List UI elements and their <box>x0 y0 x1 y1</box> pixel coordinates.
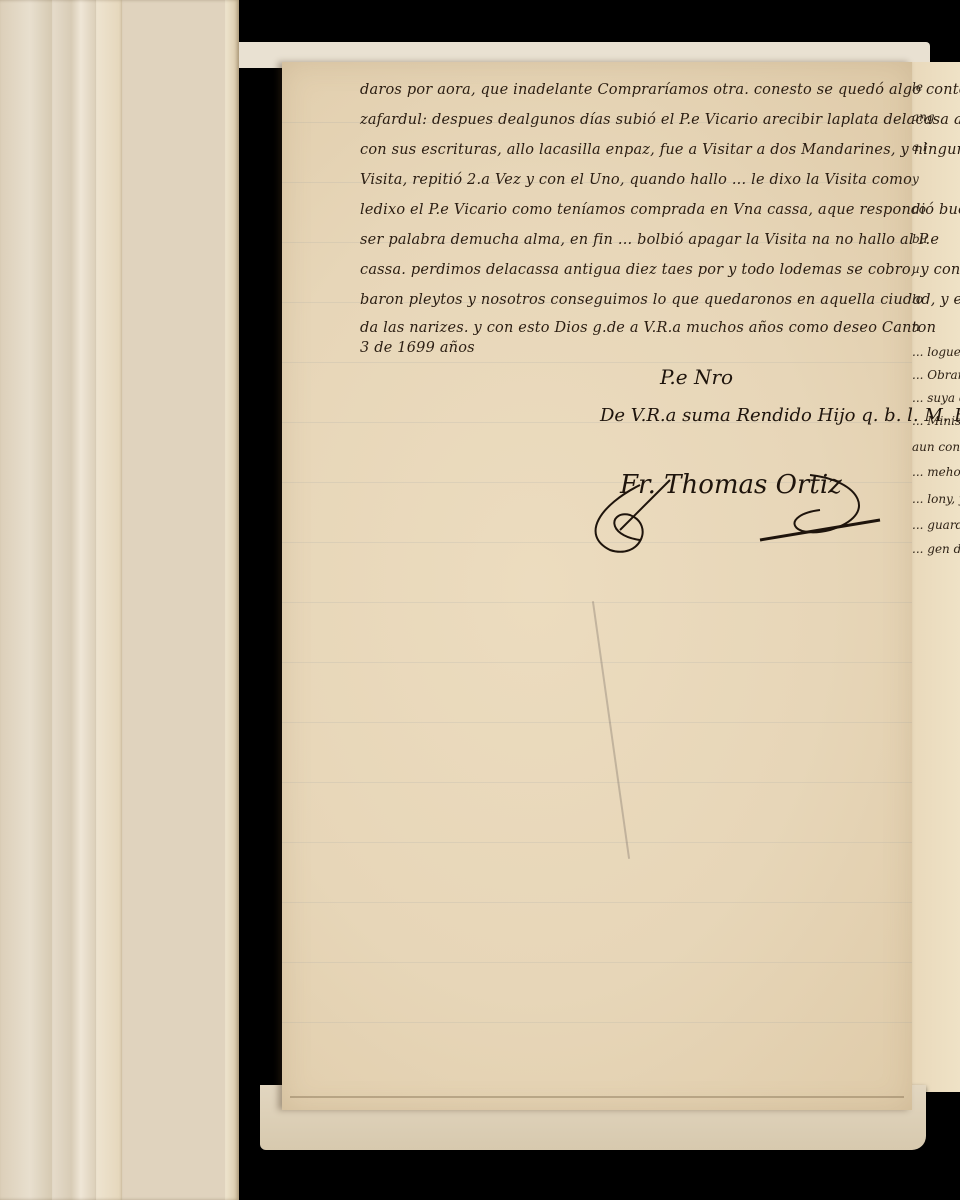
page-edge-line <box>290 1096 904 1098</box>
margin-fragment: y <box>912 172 919 186</box>
text-line: da las narizes. y con esto Dios g.de a V… <box>360 320 936 336</box>
text-line: zafardul: despues dealgunos días subió e… <box>360 112 960 128</box>
margin-line: ... guardan <box>912 518 960 532</box>
torn-edge-layer <box>96 0 124 1200</box>
margin-fragment: n <box>912 320 920 334</box>
page-edge-stack <box>0 0 240 1090</box>
torn-edge-layer <box>225 0 239 1200</box>
text-line: Visita, repitió 2.a Vez y con el Uno, qu… <box>360 172 912 188</box>
torn-edge-layer <box>52 0 100 1200</box>
margin-line: ... mehomo q <box>912 465 960 479</box>
manuscript-scan: daros por aora, que inadelante Compraría… <box>0 0 960 1090</box>
margin-line: ... suya en <box>912 391 960 405</box>
margin-fragment: lo <box>912 292 923 306</box>
text-line: ser palabra demucha alma, en fin ... bol… <box>360 232 939 248</box>
closing-formula: De V.R.a suma Rendido Hijo q. b. l. M. B… <box>600 405 960 426</box>
text-line: daros por aora, que inadelante Compraría… <box>360 82 960 98</box>
margin-fragment: a l <box>912 140 927 154</box>
closing-salutation: P.e Nro <box>660 365 733 389</box>
margin-fragment: co <box>912 202 926 216</box>
manuscript-page <box>282 62 912 1110</box>
margin-fragment: u <box>912 262 920 276</box>
margin-line: ... logue en <box>912 345 960 359</box>
margin-line: ... lony, y lo <box>912 492 960 506</box>
margin-fragment: le <box>912 80 923 94</box>
folded-leaf <box>122 0 232 1200</box>
margin-line: ... Minis <box>912 414 960 428</box>
margin-fragment: ang <box>912 110 935 124</box>
margin-line: ... gen daño <box>912 542 960 556</box>
margin-fragment: bu <box>912 232 927 246</box>
text-line: con sus escrituras, allo lacasilla enpaz… <box>360 142 960 158</box>
text-line: cassa. perdimos delacassa antigua diez t… <box>360 262 960 278</box>
text-line: baron pleytos y nosotros conseguimos lo … <box>360 292 960 308</box>
margin-line: ... Obraren <box>912 368 960 382</box>
text-line-date: 3 de 1699 años <box>360 340 475 356</box>
signature-flourish-icon <box>580 455 890 565</box>
torn-edge-layer <box>0 0 60 1200</box>
margin-line: aun con <box>912 440 960 454</box>
text-line: ledixo el P.e Vicario como teníamos comp… <box>360 202 960 218</box>
